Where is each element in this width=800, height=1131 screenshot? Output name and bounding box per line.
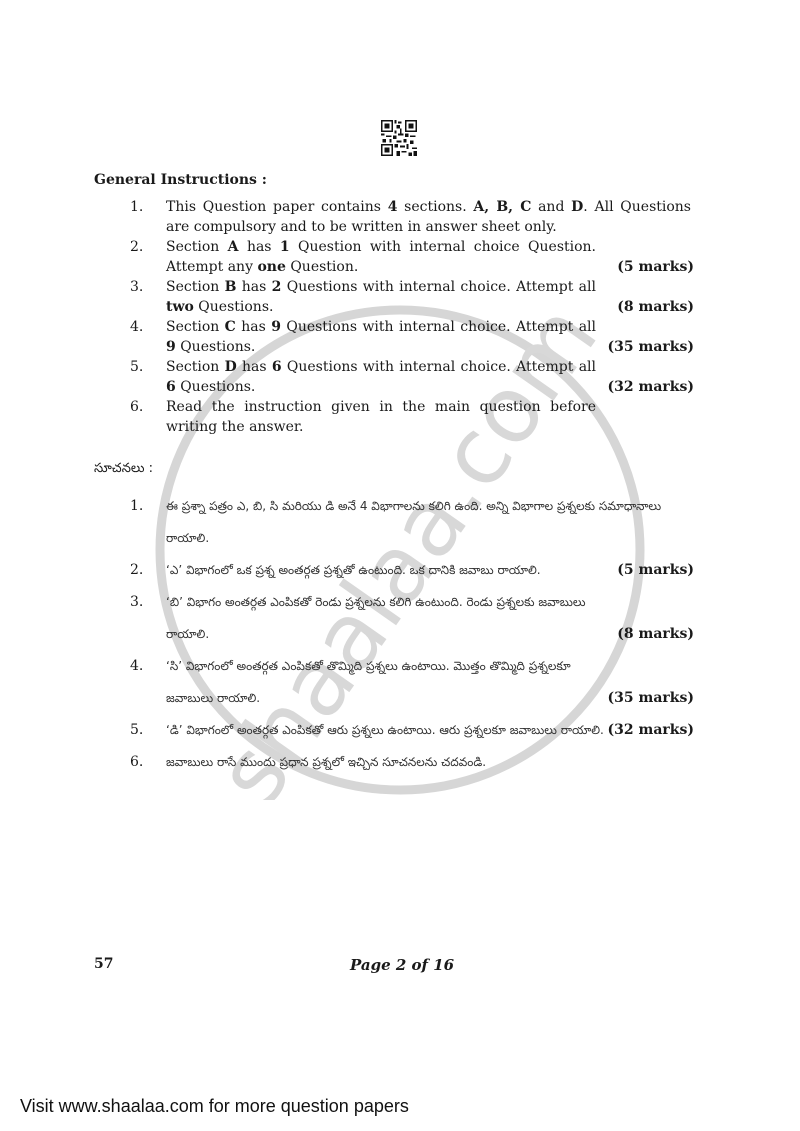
item-number: 6. xyxy=(130,746,143,778)
telugu-instruction-item: 1.ఈ ప్రశ్నా పత్రం ఎ, బి, సి మరియు డి అనే… xyxy=(94,490,694,554)
instruction-item: 1.This Question paper contains 4 section… xyxy=(94,197,694,237)
telugu-instruction-item: 4.‘సి’ విభాగంలో అంతర్గత ఎంపికతో తొమ్మిది… xyxy=(94,650,694,714)
item-text: Section D has 6 Questions with internal … xyxy=(166,357,596,397)
item-text: ‘సి’ విభాగంలో అంతర్గత ఎంపికతో తొమ్మిది ప… xyxy=(166,650,616,714)
instruction-item: 4.Section C has 9 Questions with interna… xyxy=(94,317,694,357)
item-text: Section A has 1 Question with internal c… xyxy=(166,237,596,277)
item-number: 3. xyxy=(130,586,143,618)
item-marks: (8 marks) xyxy=(617,297,694,317)
paper-code: 57 xyxy=(94,956,113,972)
qr-code xyxy=(381,120,417,156)
instruction-item: 3.Section B has 2 Questions with interna… xyxy=(94,277,694,317)
instruction-item: 2.Section A has 1 Question with internal… xyxy=(94,237,694,277)
telugu-instructions-heading: సూచనలు : xyxy=(94,461,153,479)
item-marks: (35 marks) xyxy=(608,682,694,714)
item-marks: (8 marks) xyxy=(617,618,694,650)
item-text: ‘డి’ విభాగంలో అంతర్గత ఎంపికతో ఆరు ప్రశ్న… xyxy=(166,714,616,746)
item-text: This Question paper contains 4 sections.… xyxy=(166,197,691,237)
page-number: Page 2 of 16 xyxy=(350,956,454,974)
item-number: 2. xyxy=(130,237,143,257)
item-number: 5. xyxy=(130,714,143,746)
instruction-item: 5.Section D has 6 Questions with interna… xyxy=(94,357,694,397)
item-marks: (5 marks) xyxy=(617,257,694,277)
general-instructions-heading: General Instructions : xyxy=(94,172,267,188)
item-text: Section C has 9 Questions with internal … xyxy=(166,317,596,357)
telugu-instruction-item: 3.‘బి’ విభాగం అంతర్గత ఎంపికతో రెండు ప్రశ… xyxy=(94,586,694,650)
promo-link[interactable]: Visit www.shaalaa.com for more question … xyxy=(20,1096,409,1117)
item-number: 5. xyxy=(130,357,143,377)
item-marks: (32 marks) xyxy=(608,377,694,397)
general-instructions-list: 1.This Question paper contains 4 section… xyxy=(94,197,694,437)
item-number: 2. xyxy=(130,554,143,586)
telugu-instructions-list: 1.ఈ ప్రశ్నా పత్రం ఎ, బి, సి మరియు డి అనే… xyxy=(94,490,694,778)
item-marks: (35 marks) xyxy=(608,337,694,357)
item-number: 4. xyxy=(130,317,143,337)
item-text: ఈ ప్రశ్నా పత్రం ఎ, బి, సి మరియు డి అనే 4… xyxy=(166,490,691,554)
instruction-item: 6.Read the instruction given in the main… xyxy=(94,397,694,437)
item-marks: (5 marks) xyxy=(617,554,694,586)
item-number: 6. xyxy=(130,397,143,417)
telugu-instruction-item: 5.‘డి’ విభాగంలో అంతర్గత ఎంపికతో ఆరు ప్రశ… xyxy=(94,714,694,746)
item-text: ‘ఎ’ విభాగంలో ఒక ప్రశ్న అంతర్గత ప్రశ్నతో … xyxy=(166,554,616,586)
item-text: Section B has 2 Questions with internal … xyxy=(166,277,596,317)
item-marks: (32 marks) xyxy=(608,714,694,746)
item-text: ‘బి’ విభాగం అంతర్గత ఎంపికతో రెండు ప్రశ్న… xyxy=(166,586,616,650)
item-text: జవాబులు రాసే ముందు ప్రధాన ప్రశ్నలో ఇచ్చి… xyxy=(166,746,691,778)
item-number: 1. xyxy=(130,197,143,217)
item-number: 3. xyxy=(130,277,143,297)
item-number: 4. xyxy=(130,650,143,682)
telugu-instruction-item: 6.జవాబులు రాసే ముందు ప్రధాన ప్రశ్నలో ఇచ్… xyxy=(94,746,694,778)
telugu-instruction-item: 2.‘ఎ’ విభాగంలో ఒక ప్రశ్న అంతర్గత ప్రశ్నత… xyxy=(94,554,694,586)
item-number: 1. xyxy=(130,490,143,522)
item-text: Read the instruction given in the main q… xyxy=(166,397,596,437)
